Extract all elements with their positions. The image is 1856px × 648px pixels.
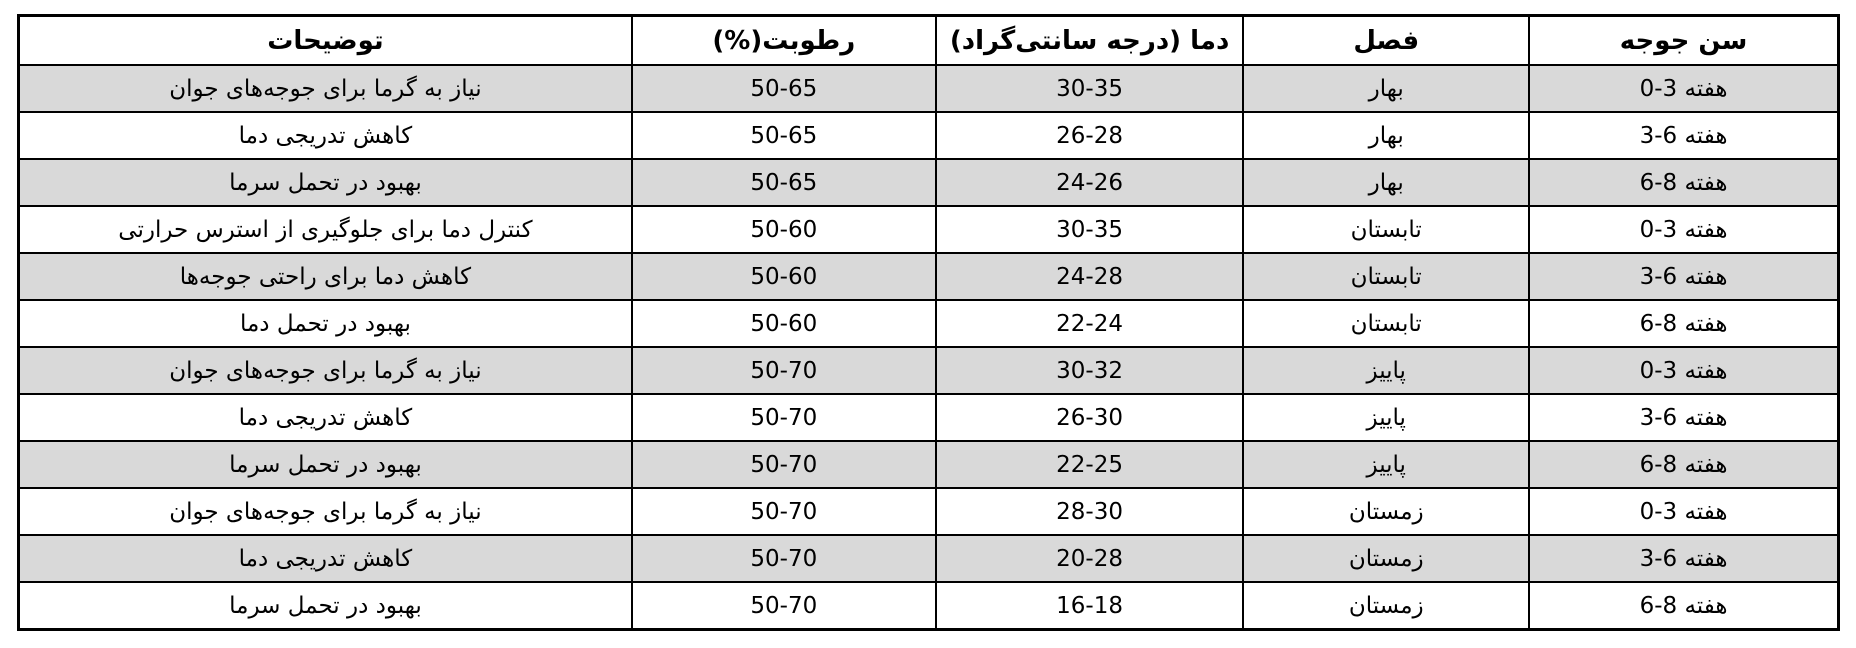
cell-humidity: 50-70 xyxy=(632,535,936,582)
cell-age: 0-3 هفته xyxy=(1529,65,1838,112)
header-humidity: رطوبت(%) xyxy=(632,16,936,66)
cell-age: 3-6 هفته xyxy=(1529,112,1838,159)
cell-season: تابستان xyxy=(1243,206,1529,253)
cell-temperature: 26-28 xyxy=(936,112,1244,159)
cell-season: تابستان xyxy=(1243,253,1529,300)
cell-notes: نیاز به گرما برای جوجه‌های جوان xyxy=(19,65,632,112)
cell-humidity: 50-70 xyxy=(632,394,936,441)
header-row: سن جوجه فصل دما (درجه سانتی‌گراد) رطوبت(… xyxy=(19,16,1839,66)
cell-age: 6-8 هفته xyxy=(1529,582,1838,630)
cell-season: زمستان xyxy=(1243,535,1529,582)
cell-age: 6-8 هفته xyxy=(1529,159,1838,206)
cell-temperature: 16-18 xyxy=(936,582,1244,630)
cell-season: پاییز xyxy=(1243,394,1529,441)
cell-season: بهار xyxy=(1243,65,1529,112)
cell-age: 0-3 هفته xyxy=(1529,206,1838,253)
cell-temperature: 30-35 xyxy=(936,206,1244,253)
table-row: 0-3 هفتهپاییز30-3250-70نیاز به گرما برای… xyxy=(19,347,1839,394)
cell-season: زمستان xyxy=(1243,582,1529,630)
table-row: 6-8 هفتهپاییز22-2550-70بهبود در تحمل سرم… xyxy=(19,441,1839,488)
cell-notes: بهبود در تحمل سرما xyxy=(19,441,632,488)
cell-notes: بهبود در تحمل سرما xyxy=(19,582,632,630)
cell-notes: بهبود در تحمل دما xyxy=(19,300,632,347)
table-row: 3-6 هفتهتابستان24-2850-60کاهش دما برای ر… xyxy=(19,253,1839,300)
table-row: 3-6 هفتهپاییز26-3050-70کاهش تدریجی دما xyxy=(19,394,1839,441)
table-row: 0-3 هفتهبهار30-3550-65نیاز به گرما برای … xyxy=(19,65,1839,112)
table-row: 3-6 هفتهبهار26-2850-65کاهش تدریجی دما xyxy=(19,112,1839,159)
cell-age: 6-8 هفته xyxy=(1529,300,1838,347)
cell-season: تابستان xyxy=(1243,300,1529,347)
table-row: 6-8 هفتهزمستان16-1850-70بهبود در تحمل سر… xyxy=(19,582,1839,630)
cell-humidity: 50-60 xyxy=(632,253,936,300)
cell-age: 6-8 هفته xyxy=(1529,441,1838,488)
cell-season: زمستان xyxy=(1243,488,1529,535)
cell-age: 0-3 هفته xyxy=(1529,347,1838,394)
cell-temperature: 24-26 xyxy=(936,159,1244,206)
cell-temperature: 30-32 xyxy=(936,347,1244,394)
cell-notes: کاهش دما برای راحتی جوجه‌ها xyxy=(19,253,632,300)
cell-humidity: 50-65 xyxy=(632,65,936,112)
chick-climate-table-wrapper: سن جوجه فصل دما (درجه سانتی‌گراد) رطوبت(… xyxy=(0,0,1856,631)
cell-humidity: 50-60 xyxy=(632,300,936,347)
cell-humidity: 50-60 xyxy=(632,206,936,253)
cell-humidity: 50-65 xyxy=(632,112,936,159)
cell-temperature: 22-24 xyxy=(936,300,1244,347)
cell-humidity: 50-70 xyxy=(632,441,936,488)
cell-temperature: 30-35 xyxy=(936,65,1244,112)
cell-age: 0-3 هفته xyxy=(1529,488,1838,535)
chick-climate-table: سن جوجه فصل دما (درجه سانتی‌گراد) رطوبت(… xyxy=(17,14,1840,631)
cell-age: 3-6 هفته xyxy=(1529,394,1838,441)
cell-notes: کاهش تدریجی دما xyxy=(19,112,632,159)
table-row: 0-3 هفتهزمستان28-3050-70نیاز به گرما برا… xyxy=(19,488,1839,535)
cell-season: بهار xyxy=(1243,159,1529,206)
cell-notes: نیاز به گرما برای جوجه‌های جوان xyxy=(19,347,632,394)
table-row: 3-6 هفتهزمستان20-2850-70کاهش تدریجی دما xyxy=(19,535,1839,582)
table-row: 6-8 هفتهبهار24-2650-65بهبود در تحمل سرما xyxy=(19,159,1839,206)
table-row: 0-3 هفتهتابستان30-3550-60کنترل دما برای … xyxy=(19,206,1839,253)
cell-notes: بهبود در تحمل سرما xyxy=(19,159,632,206)
cell-season: پاییز xyxy=(1243,347,1529,394)
cell-temperature: 24-28 xyxy=(936,253,1244,300)
cell-age: 3-6 هفته xyxy=(1529,253,1838,300)
cell-humidity: 50-65 xyxy=(632,159,936,206)
cell-notes: نیاز به گرما برای جوجه‌های جوان xyxy=(19,488,632,535)
cell-humidity: 50-70 xyxy=(632,582,936,630)
cell-notes: کنترل دما برای جلوگیری از استرس حرارتی xyxy=(19,206,632,253)
cell-temperature: 22-25 xyxy=(936,441,1244,488)
cell-season: پاییز xyxy=(1243,441,1529,488)
cell-notes: کاهش تدریجی دما xyxy=(19,394,632,441)
cell-temperature: 26-30 xyxy=(936,394,1244,441)
header-age: سن جوجه xyxy=(1529,16,1838,66)
header-season: فصل xyxy=(1243,16,1529,66)
header-temperature: دما (درجه سانتی‌گراد) xyxy=(936,16,1244,66)
cell-humidity: 50-70 xyxy=(632,347,936,394)
cell-temperature: 20-28 xyxy=(936,535,1244,582)
cell-age: 3-6 هفته xyxy=(1529,535,1838,582)
cell-temperature: 28-30 xyxy=(936,488,1244,535)
header-notes: توضیحات xyxy=(19,16,632,66)
cell-notes: کاهش تدریجی دما xyxy=(19,535,632,582)
table-header: سن جوجه فصل دما (درجه سانتی‌گراد) رطوبت(… xyxy=(19,16,1839,66)
cell-season: بهار xyxy=(1243,112,1529,159)
table-row: 6-8 هفتهتابستان22-2450-60بهبود در تحمل د… xyxy=(19,300,1839,347)
table-body: 0-3 هفتهبهار30-3550-65نیاز به گرما برای … xyxy=(19,65,1839,630)
cell-humidity: 50-70 xyxy=(632,488,936,535)
